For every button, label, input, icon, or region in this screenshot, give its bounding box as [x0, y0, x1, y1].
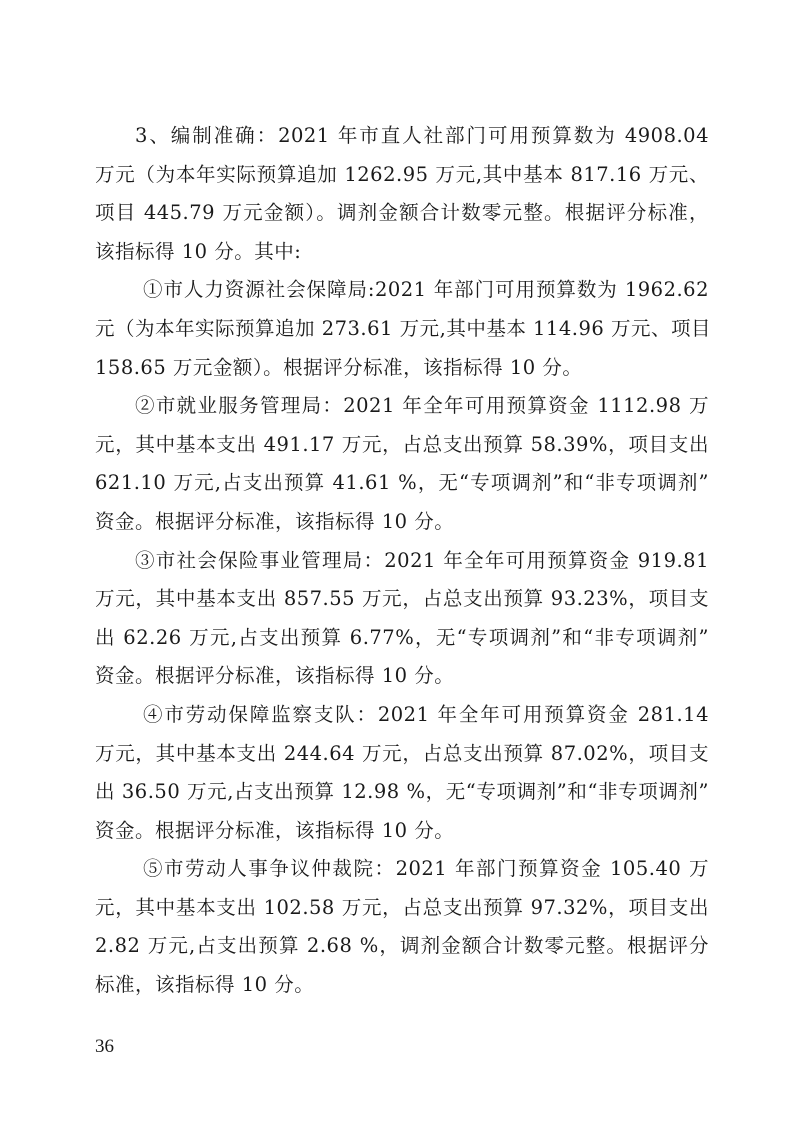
text-line: 资金。根据评分标准，该指标得 10 分。: [95, 657, 709, 696]
document-body: 3、编制准确：2021 年市直人社部门可用预算数为 4908.04 万元（为本年…: [95, 117, 709, 1005]
text-line: 元（为本年实际预算追加 273.61 万元,其中基本 114.96 万元、项目: [95, 310, 709, 349]
text-line: 万元，其中基本支出 857.55 万元，占总支出预算 93.23%，项目支: [95, 580, 709, 619]
paragraph-item-3: ③市社会保险事业管理局：2021 年全年可用预算资金 919.81 万元，其中基…: [95, 542, 709, 696]
text-line: 万元（为本年实际预算追加 1262.95 万元,其中基本 817.16 万元、: [95, 156, 709, 195]
text-line: 2.82 万元,占支出预算 2.68 %，调剂金额合计数零元整。根据评分: [95, 927, 709, 966]
text-line: 项目 445.79 万元金额）。调剂金额合计数零元整。根据评分标准，: [95, 194, 709, 233]
paragraph-item-5: ⑤市劳动人事争议仲裁院：2021 年部门预算资金 105.40 万 元，其中基本…: [95, 850, 709, 1004]
document-page: 3、编制准确：2021 年市直人社部门可用预算数为 4908.04 万元（为本年…: [0, 0, 793, 1122]
text-line: 该指标得 10 分。其中:: [95, 233, 709, 272]
paragraph-item-2: ②市就业服务管理局：2021 年全年可用预算资金 1112.98 万 元，其中基…: [95, 387, 709, 541]
paragraph-item-1: ①市人力资源社会保障局:2021 年部门可用预算数为 1962.62 元（为本年…: [95, 271, 709, 387]
text-line: 标准，该指标得 10 分。: [95, 966, 709, 1005]
text-line: 3、编制准确：2021 年市直人社部门可用预算数为 4908.04: [95, 117, 709, 156]
text-line: ⑤市劳动人事争议仲裁院：2021 年部门预算资金 105.40 万: [95, 850, 709, 889]
text-line: ①市人力资源社会保障局:2021 年部门可用预算数为 1962.62: [95, 271, 709, 310]
text-line: 元，其中基本支出 102.58 万元，占总支出预算 97.32%，项目支出: [95, 889, 709, 928]
paragraph-intro: 3、编制准确：2021 年市直人社部门可用预算数为 4908.04 万元（为本年…: [95, 117, 709, 271]
text-line: 资金。根据评分标准，该指标得 10 分。: [95, 812, 709, 851]
text-line: 出 36.50 万元,占支出预算 12.98 %，无“专项调剂”和“非专项调剂”: [95, 773, 709, 812]
text-line: 出 62.26 万元,占支出预算 6.77%，无“专项调剂”和“非专项调剂”: [95, 619, 709, 658]
text-line: 621.10 万元,占支出预算 41.61 %，无“专项调剂”和“非专项调剂”: [95, 464, 709, 503]
text-line: 元，其中基本支出 491.17 万元，占总支出预算 58.39%，项目支出: [95, 426, 709, 465]
text-line: ④市劳动保障监察支队：2021 年全年可用预算资金 281.14: [95, 696, 709, 735]
page-number: 36: [95, 1036, 114, 1058]
paragraph-item-4: ④市劳动保障监察支队：2021 年全年可用预算资金 281.14 万元，其中基本…: [95, 696, 709, 850]
text-line: ②市就业服务管理局：2021 年全年可用预算资金 1112.98 万: [95, 387, 709, 426]
text-line: ③市社会保险事业管理局：2021 年全年可用预算资金 919.81: [95, 542, 709, 581]
text-line: 资金。根据评分标准，该指标得 10 分。: [95, 503, 709, 542]
text-line: 158.65 万元金额）。根据评分标准，该指标得 10 分。: [95, 349, 709, 388]
text-line: 万元，其中基本支出 244.64 万元，占总支出预算 87.02%，项目支: [95, 735, 709, 774]
